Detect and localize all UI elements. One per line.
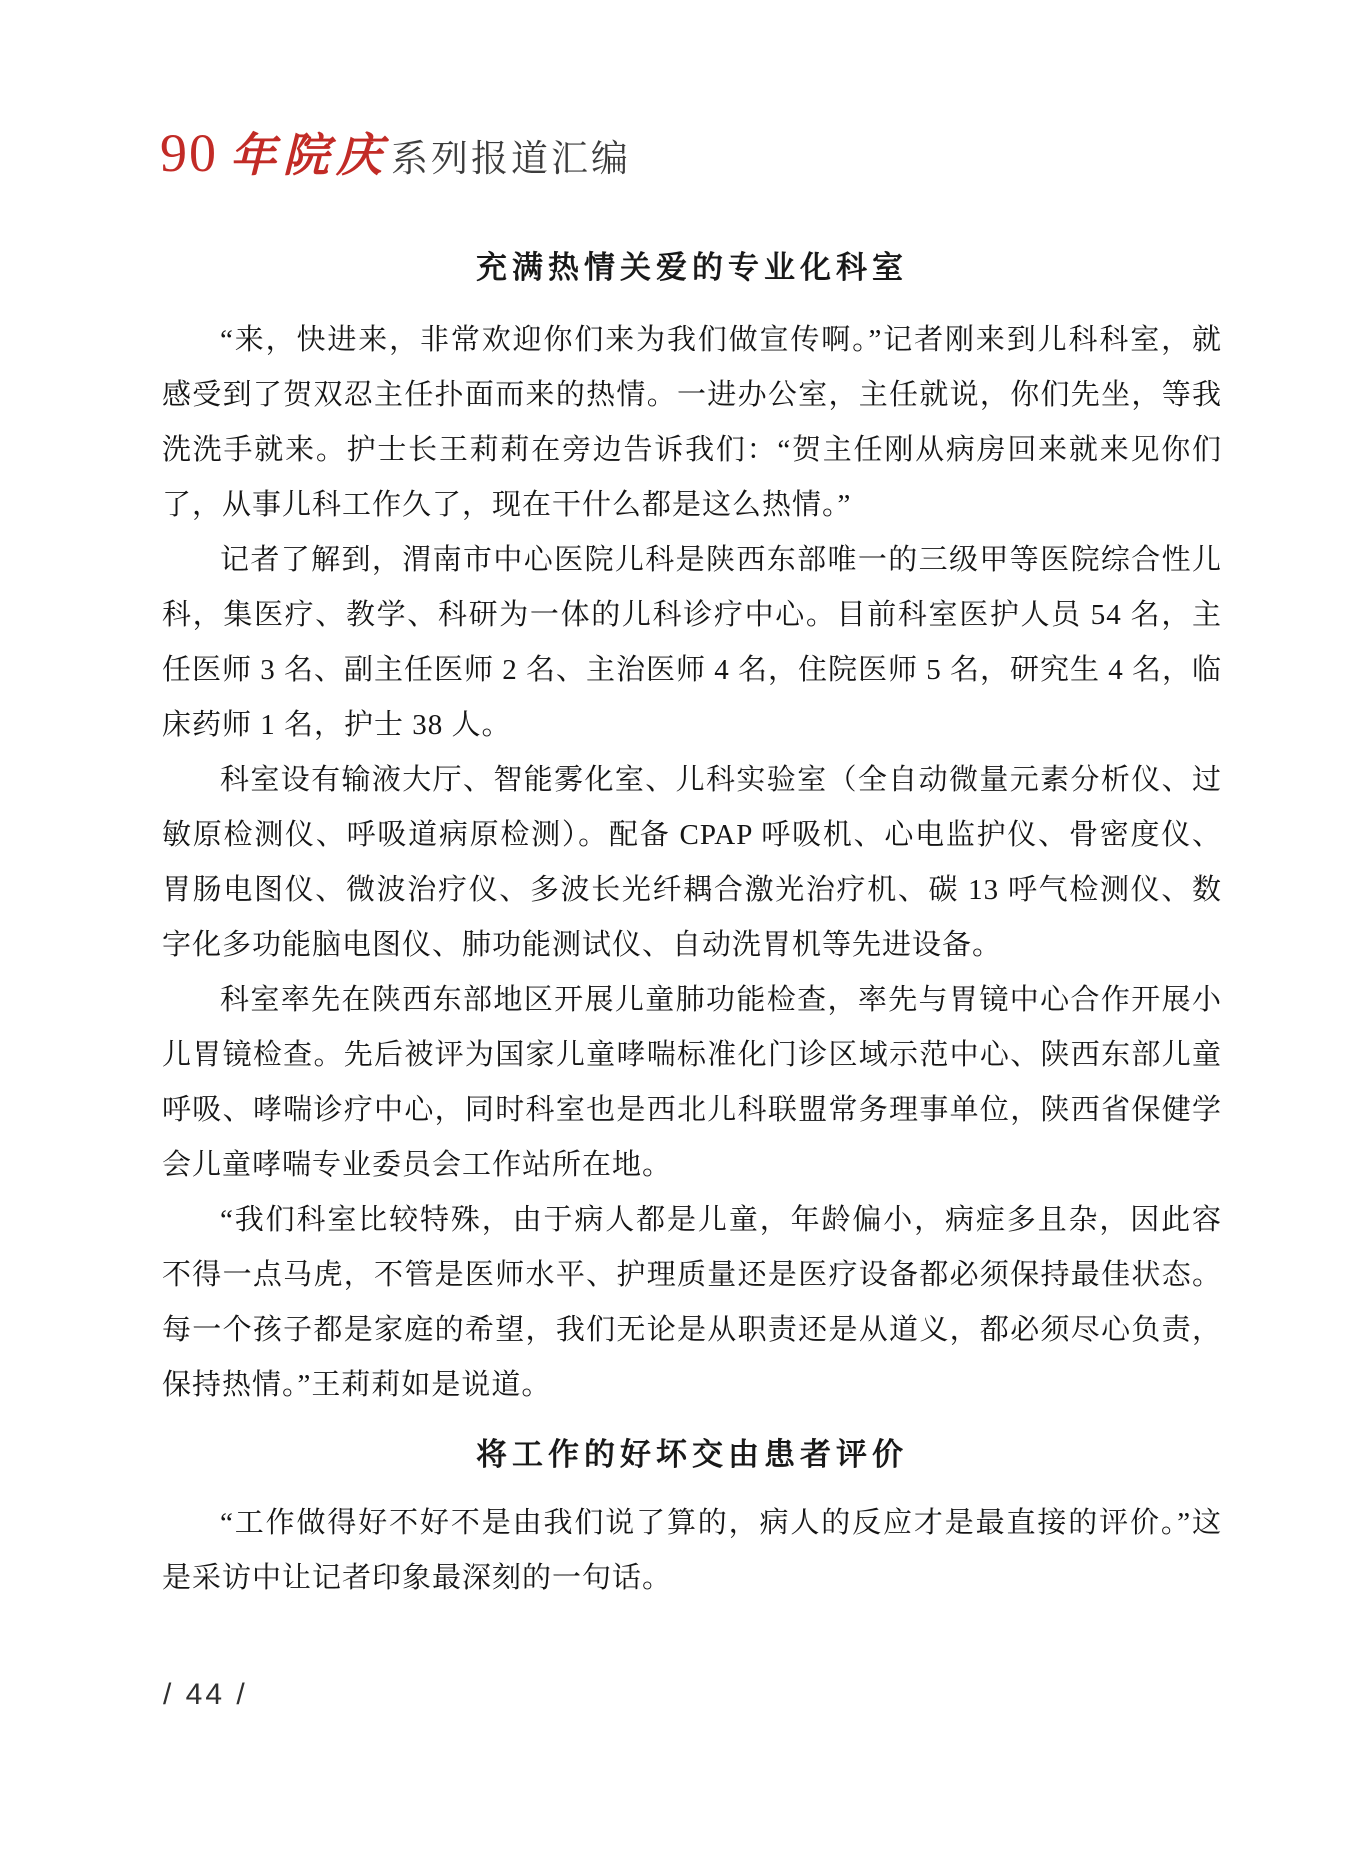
paragraph-3: 科室设有输液大厅、智能雾化室、儿科实验室（全自动微量元素分析仪、过敏原检测仪、呼… (162, 753, 1222, 973)
masthead-series-text: 系列报道汇编 (391, 140, 631, 177)
paragraph-6: “工作做得好不好不是由我们说了算的，病人的反应才是最直接的评价。”这是采访中让记… (162, 1496, 1222, 1606)
paragraph-2: 记者了解到，渭南市中心医院儿科是陕西东部唯一的三级甲等医院综合性儿科，集医疗、教… (162, 533, 1222, 753)
document-page: 90 年院庆 系列报道汇编 充满热情关爱的专业化科室 “来，快进来，非常欢迎你们… (0, 0, 1362, 1858)
page-number: / 44 / (163, 1680, 248, 1710)
paragraph-1: “来，快进来，非常欢迎你们来为我们做宣传啊。”记者刚来到儿科科室，就感受到了贺双… (162, 313, 1222, 533)
section-title-2: 将工作的好坏交由患者评价 (162, 1427, 1222, 1482)
paragraph-4: 科室率先在陕西东部地区开展儿童肺功能检查，率先与胃镜中心合作开展小儿胃镜检查。先… (162, 973, 1222, 1193)
masthead-brush-text: 年院庆 (230, 133, 389, 179)
masthead-number: 90 (160, 126, 218, 180)
article-body: 充满热情关爱的专业化科室 “来，快进来，非常欢迎你们来为我们做宣传啊。”记者刚来… (162, 240, 1222, 1606)
masthead: 90 年院庆 系列报道汇编 (160, 126, 631, 180)
section-title-1: 充满热情关爱的专业化科室 (162, 240, 1222, 295)
paragraph-5: “我们科室比较特殊，由于病人都是儿童，年龄偏小，病症多且杂，因此容不得一点马虎，… (162, 1193, 1222, 1413)
